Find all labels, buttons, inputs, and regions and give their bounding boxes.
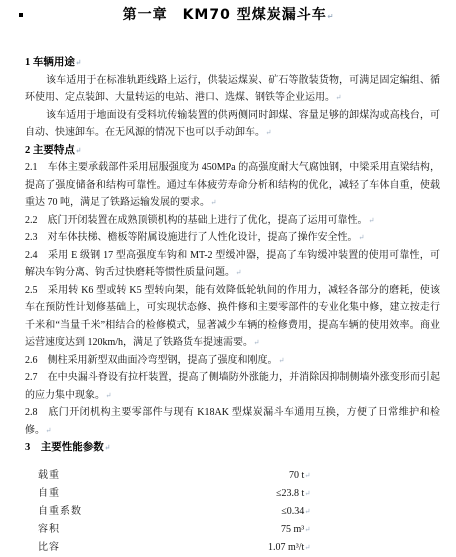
feature-item-2-5-text: 2.5 采用转 K6 型或转 K5 型转向架，能有效降低轮轨间的作用力，减轻各部…	[25, 285, 440, 349]
param-row-specific-volume: 1.07 m³/t↵ 比容	[25, 539, 440, 557]
param-value-text: ≤0.34	[281, 506, 304, 517]
param-value-text: 75 m³	[281, 524, 304, 535]
feature-item-2-3-text: 2.3 对车体扶梯、檐板等附属设施进行了人性化设计，提高了操作安全性。	[25, 232, 358, 243]
feature-item-2-4-text: 2.4 采用 E 级钢 17 型高强度车钩和 MT-2 型缓冲器，提高了车钩缓冲…	[25, 250, 440, 279]
param-value-text: ≤23.8 t	[276, 488, 304, 499]
param-value: ≤23.8 t↵	[25, 485, 311, 503]
paragraph-mark-icon: ↵	[265, 124, 271, 142]
document-page: 第一章 KM70 型煤炭漏斗车↵ 1 车辆用途↵ 该车适用于在标准轨距线路上运行…	[0, 0, 456, 557]
feature-item-2-4: 2.4 采用 E 级钢 17 型高强度车钩和 MT-2 型缓冲器，提高了车钩缓冲…	[25, 247, 440, 282]
feature-item-2-8: 2.8 底门开闭机构主要零部件与现有 K18AK 型煤炭漏斗车通用互换，方便了日…	[25, 404, 440, 439]
paragraph-mark-icon: ↵	[358, 229, 364, 247]
feature-item-2-8-text: 2.8 底门开闭机构主要零部件与现有 K18AK 型煤炭漏斗车通用互换，方便了日…	[25, 407, 440, 436]
paragraph-mark-icon: ↵	[335, 89, 341, 107]
section1-paragraph-1-text: 该车适用于在标准轨距线路上运行，供装运煤炭、矿石等散装货物，可满足固定编组、循环…	[25, 75, 440, 104]
performance-parameters-table: 70 t↵ 载重 ≤23.8 t↵ 自重 ≤0.34↵ 自重系数 75 m³↵ …	[25, 467, 440, 557]
feature-item-2-1: 2.1 车体主要承载部件采用屈服强度为 450MPa 的高强度耐大气腐蚀钢，中梁…	[25, 159, 440, 212]
section2-heading: 2 主要特点↵	[25, 142, 440, 160]
param-row-weight-ratio: ≤0.34↵ 自重系数	[25, 503, 440, 521]
feature-item-2-3: 2.3 对车体扶梯、檐板等附属设施进行了人性化设计，提高了操作安全性。↵	[25, 229, 440, 247]
paragraph-mark-icon: ↵	[253, 334, 259, 352]
document-body: 1 车辆用途↵ 该车适用于在标准轨距线路上运行，供装运煤炭、矿石等散装货物，可满…	[25, 54, 440, 557]
section1-paragraph-1: 该车适用于在标准轨距线路上运行，供装运煤炭、矿石等散装货物，可满足固定编组、循环…	[25, 72, 440, 107]
param-value: 1.07 m³/t↵	[25, 539, 311, 557]
section1-paragraph-2: 该车适用于地面设有受料坑传输装置的供两侧同时卸煤、容量足够的卸煤沟或高栈台，可自…	[25, 107, 440, 142]
feature-item-2-2-text: 2.2 底门开闭装置在成熟顶锁机构的基础上进行了优化，提高了运用可靠性。	[25, 215, 368, 226]
paragraph-mark-icon: ↵	[235, 264, 241, 282]
paragraph-mark-icon: ↵	[327, 8, 333, 26]
param-value: ≤0.34↵	[25, 503, 311, 521]
paragraph-mark-icon: ↵	[105, 387, 111, 405]
feature-item-2-1-text: 2.1 车体主要承载部件采用屈服强度为 450MPa 的高强度耐大气腐蚀钢，中梁…	[25, 162, 440, 208]
param-row-self-weight: ≤23.8 t↵ 自重	[25, 485, 440, 503]
feature-item-2-6-text: 2.6 侧柱采用新型双曲面冷弯型钢，提高了强度和刚度。	[25, 355, 278, 366]
paragraph-mark-icon: ↵	[45, 422, 51, 440]
paragraph-mark-icon: ↵	[278, 352, 284, 370]
paragraph-mark-icon: ↵	[305, 503, 311, 521]
paragraph-mark-icon: ↵	[305, 521, 311, 539]
paragraph-mark-icon: ↵	[305, 485, 311, 503]
anchor-square-mark	[19, 13, 23, 17]
feature-item-2-7: 2.7 在中央漏斗脊设有拉杆装置，提高了侧墙防外涨能力，并消除因抑制侧墙外涨变形…	[25, 369, 440, 404]
section3-heading-text: 3 主要性能参数	[25, 442, 104, 453]
paragraph-mark-icon: ↵	[104, 439, 110, 457]
feature-item-2-5: 2.5 采用转 K6 型或转 K5 型转向架，能有效降低轮轨间的作用力，减轻各部…	[25, 282, 440, 352]
param-value: 75 m³↵	[25, 521, 311, 539]
feature-item-2-2: 2.2 底门开闭装置在成熟顶锁机构的基础上进行了优化，提高了运用可靠性。↵	[25, 212, 440, 230]
feature-item-2-7-text: 2.7 在中央漏斗脊设有拉杆装置，提高了侧墙防外涨能力，并消除因抑制侧墙外涨变形…	[25, 372, 440, 401]
paragraph-mark-icon: ↵	[305, 539, 311, 557]
feature-item-2-6: 2.6 侧柱采用新型双曲面冷弯型钢，提高了强度和刚度。↵	[25, 352, 440, 370]
section2-heading-text: 2 主要特点	[25, 145, 75, 156]
section3-heading: 3 主要性能参数↵	[25, 439, 440, 457]
chapter-title-text: 第一章 KM70 型煤炭漏斗车	[123, 7, 327, 23]
paragraph-mark-icon: ↵	[75, 54, 81, 72]
param-value-text: 70 t	[289, 470, 304, 481]
paragraph-mark-icon: ↵	[305, 467, 311, 485]
chapter-title: 第一章 KM70 型煤炭漏斗车↵	[0, 0, 456, 26]
section1-paragraph-2-text: 该车适用于地面设有受料坑传输装置的供两侧同时卸煤、容量足够的卸煤沟或高栈台，可自…	[25, 110, 440, 139]
section1-heading: 1 车辆用途↵	[25, 54, 440, 72]
param-value: 70 t↵	[25, 467, 311, 485]
param-row-load-weight: 70 t↵ 载重	[25, 467, 440, 485]
paragraph-mark-icon: ↵	[368, 212, 374, 230]
param-value-text: 1.07 m³/t	[268, 542, 304, 553]
section1-heading-text: 1 车辆用途	[25, 57, 75, 68]
paragraph-mark-icon: ↵	[75, 142, 81, 160]
param-row-volume: 75 m³↵ 容积	[25, 521, 440, 539]
paragraph-mark-icon: ↵	[210, 194, 216, 212]
